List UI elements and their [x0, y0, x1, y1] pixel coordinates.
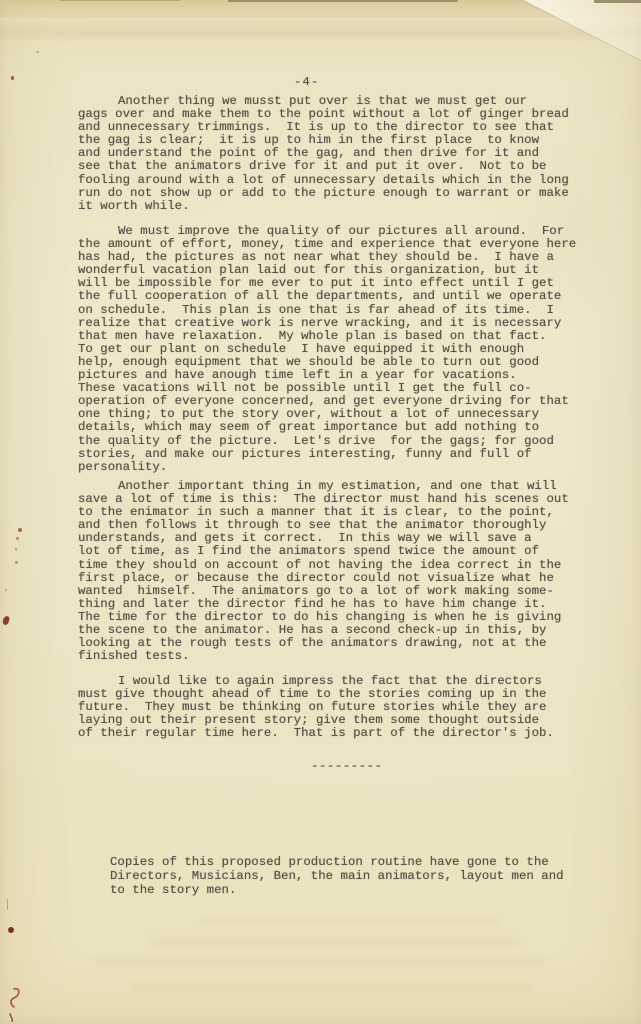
- page-number: -4-: [294, 76, 319, 89]
- bleed-through-smudge: [150, 938, 520, 947]
- dash-separator: ---------: [311, 760, 382, 773]
- bleed-through-smudge: [200, 918, 500, 926]
- paper-crease: [0, 18, 641, 44]
- ink-scratch: [7, 899, 8, 910]
- ink-speck: [16, 537, 19, 540]
- distribution-note: Copies of this proposed production routi…: [110, 855, 564, 897]
- bleed-through-smudge: [130, 983, 530, 992]
- red-ink-dot: [8, 927, 14, 933]
- ink-speck: [5, 589, 7, 591]
- red-ink-blot: [2, 615, 10, 625]
- paragraph-gags: Another thing we musst put over is that …: [78, 95, 569, 213]
- ink-speck: [18, 528, 22, 532]
- top-edge-shadow: [594, 0, 641, 3]
- bleed-through-smudge: [95, 956, 545, 965]
- ink-speck: [15, 561, 18, 564]
- top-edge-shadow: [60, 0, 180, 1]
- top-edge-shadow: [228, 0, 458, 2]
- red-squiggle-mark: [2, 986, 24, 1022]
- ink-speck: [36, 51, 39, 53]
- ink-speck: [11, 76, 14, 80]
- paragraph-future-stories: I would like to again impress the fact t…: [78, 675, 554, 740]
- corner-fold: [523, 0, 641, 62]
- document-page: -4- Another thing we musst put over is t…: [0, 0, 641, 1024]
- ink-speck: [15, 548, 17, 551]
- fold-crease-line: [523, 0, 641, 61]
- paragraph-quality-vacation-plan: We must improve the quality of our pictu…: [78, 225, 576, 474]
- paragraph-director-handout: Another important thing in my estimation…: [78, 480, 569, 663]
